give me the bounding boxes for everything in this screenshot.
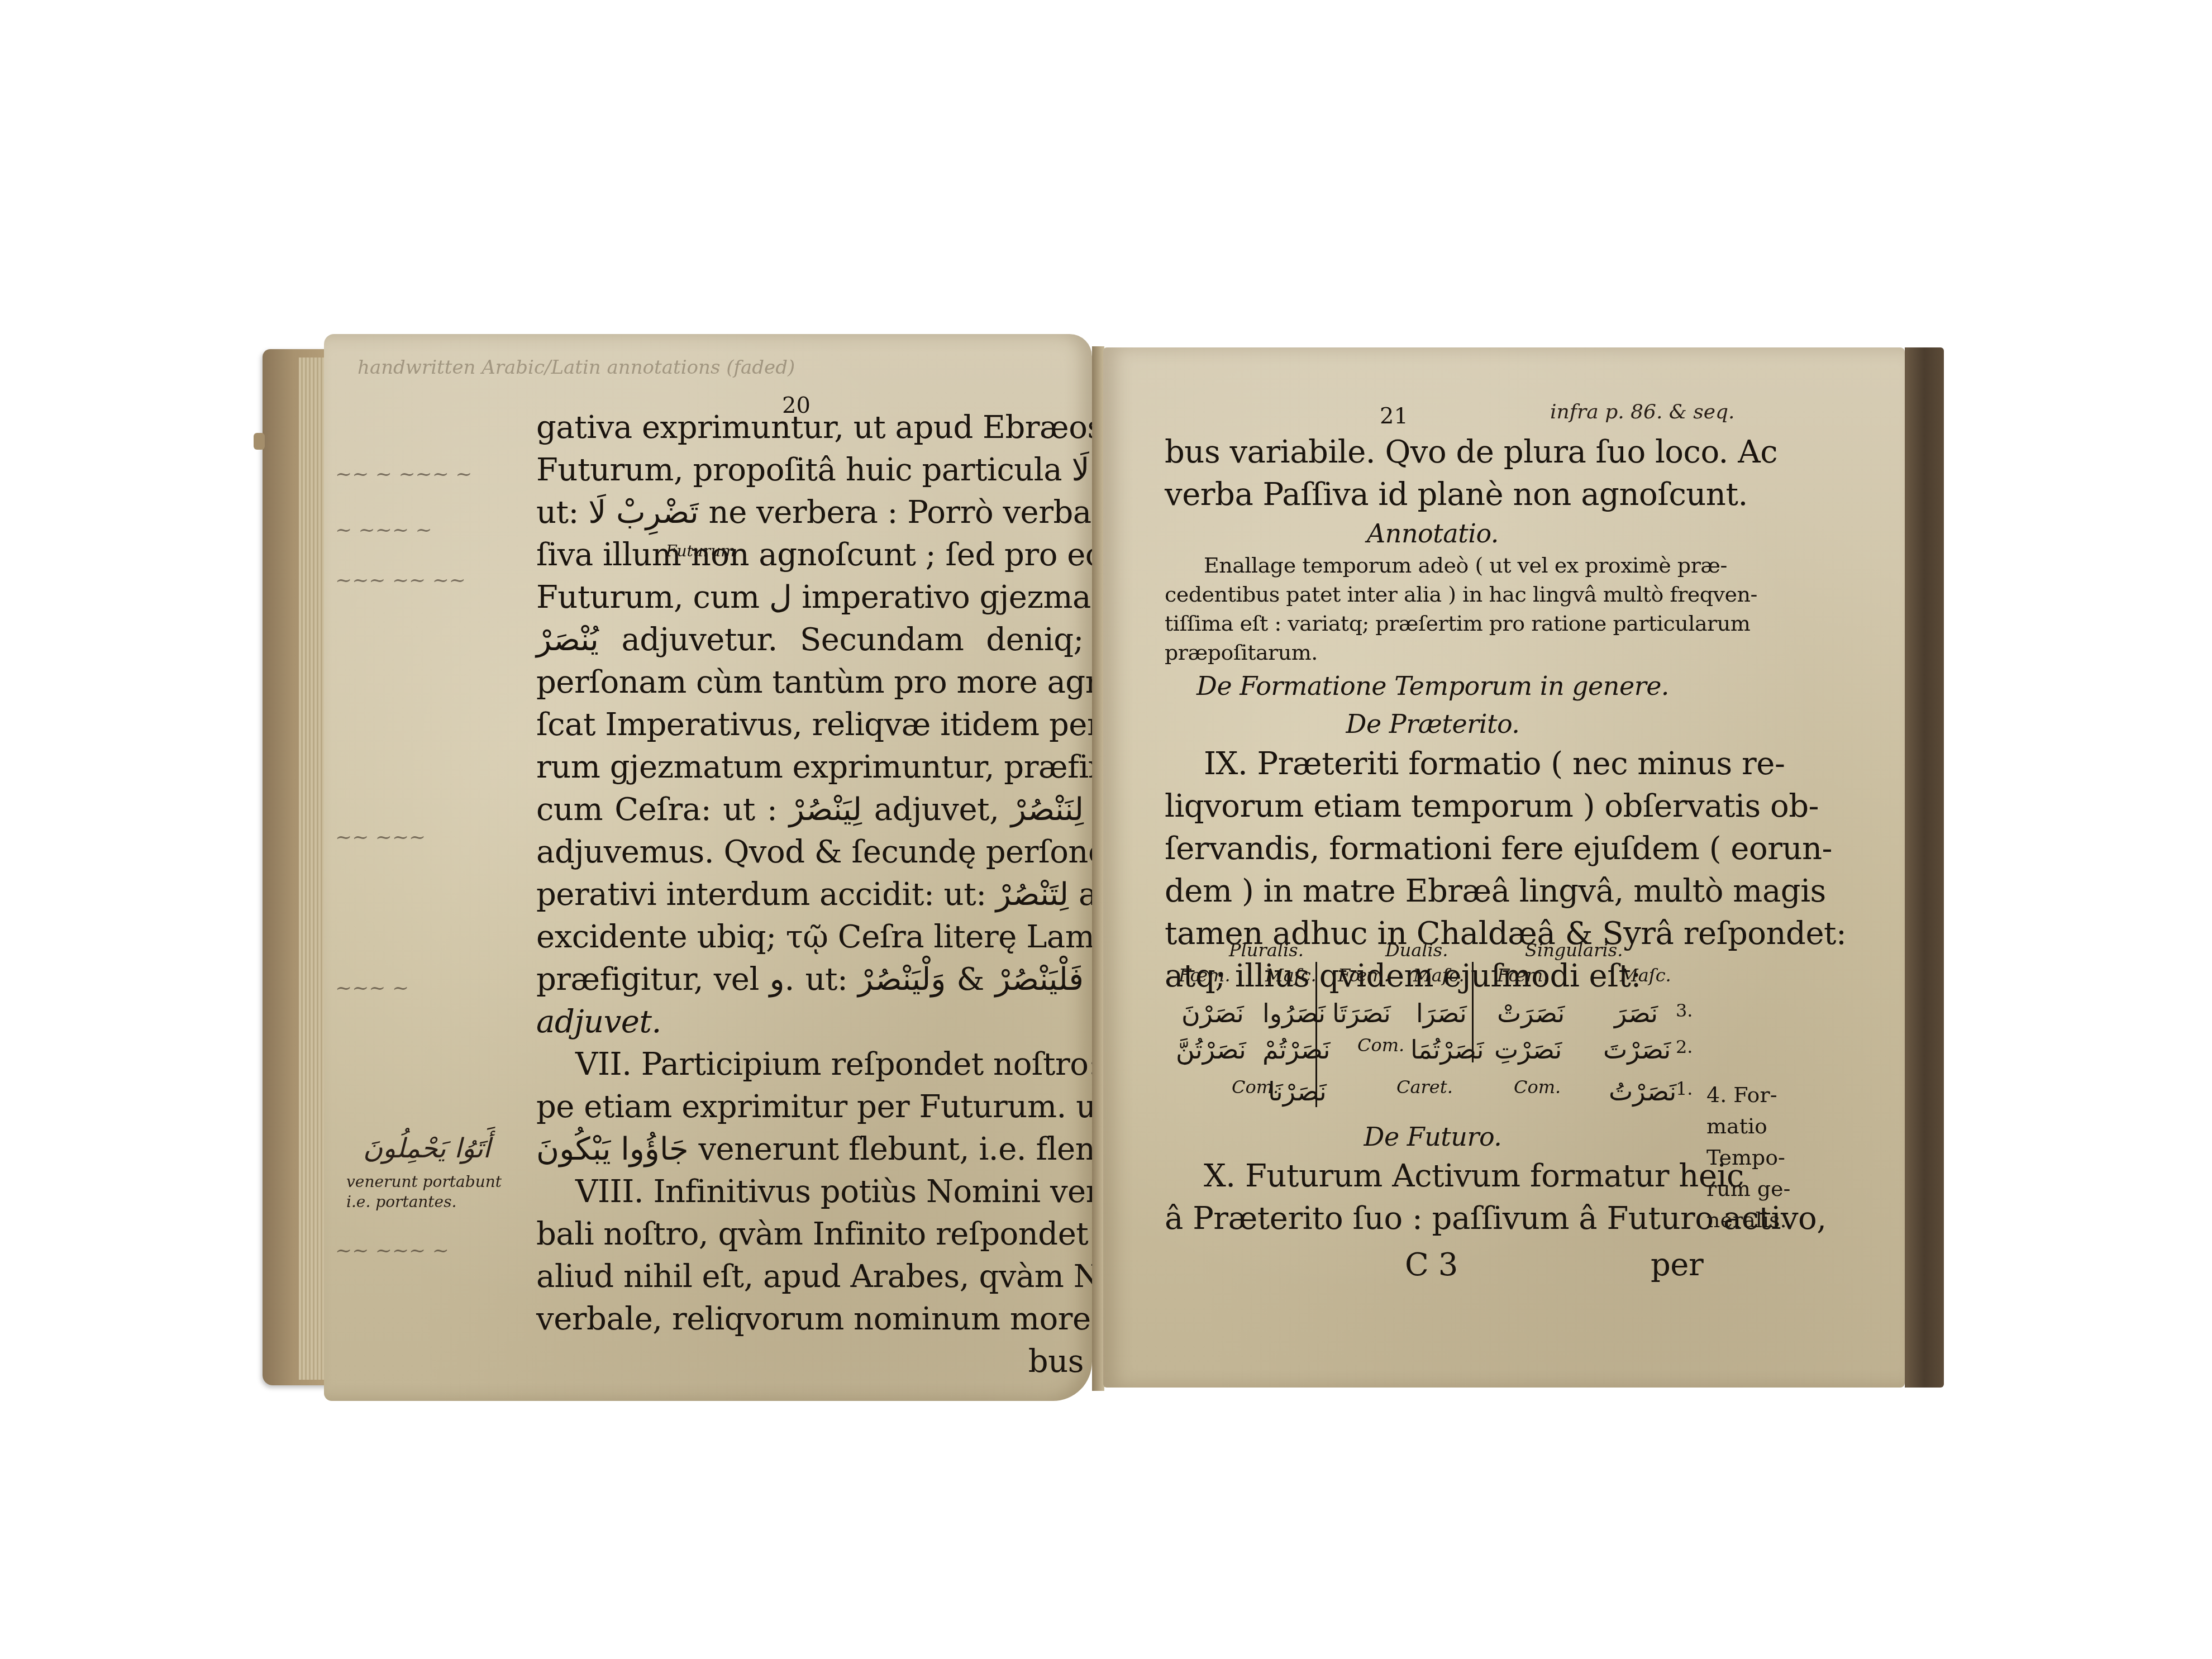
margin-scribble: ~~~ ~ bbox=[335, 976, 409, 999]
left-body-text: gativa exprimuntur, ut apud Ebræos, per … bbox=[536, 407, 1084, 1383]
text-line: liqvorum etiam temporum ) obſervatis ob- bbox=[1165, 785, 1701, 828]
text-line: ſiva illum non agnoſcunt ; ſed pro eo ve… bbox=[536, 534, 1084, 576]
text-line: rum gjezmatum exprimuntur, præfixo ل bbox=[536, 746, 1084, 789]
heading-annotatio: Annotatio. bbox=[1165, 516, 1701, 551]
margin-scribble: ~ ~~~ ~ bbox=[335, 518, 432, 541]
person-number: 2. bbox=[1676, 1036, 1693, 1057]
heading-futuro: De Futuro. bbox=[1165, 1118, 1701, 1155]
text-line: جَاؤُوا يَبْكُونَ venerunt flebunt, i.e.… bbox=[536, 1128, 1084, 1171]
text-line: verbale, reliqvorum nominum more caſi- bbox=[536, 1298, 1084, 1341]
text-line: VIII. Infinitivus potiùs Nomini ver- bbox=[536, 1171, 1084, 1213]
margin-note-arabic: أَتَوُا يَحْمِلُونَ bbox=[363, 1133, 490, 1164]
gender-header: Maſc. bbox=[1620, 965, 1671, 986]
text-line: ut: تَضْرِبْ لَا ne verbera : Porrò verb… bbox=[536, 492, 1084, 534]
common-label: Com. bbox=[1514, 1076, 1561, 1098]
text-line: Futurum, propoſitâ huic particula لَا ne… bbox=[536, 449, 1084, 492]
signature-mark: C 3 bbox=[1405, 1244, 1458, 1286]
form-1sg: نَصَرْتُ bbox=[1609, 1076, 1676, 1107]
group-header-pluralis: Pluralis. bbox=[1229, 940, 1304, 961]
text-line: excidente ubiq; τῷ Ceſra literę Lam cùm bbox=[536, 916, 1084, 959]
text-line: يُنْصَرْ adjuvetur. Secundam deniq; bbox=[536, 619, 1084, 661]
gender-header: Fœm. bbox=[1338, 965, 1390, 986]
text-line: verba Paſſiva id planè non agnoſcunt. bbox=[1165, 474, 1701, 516]
page-number-right: 21 bbox=[1380, 403, 1408, 429]
sidenote-line: matio bbox=[1706, 1110, 1790, 1142]
gender-header: Fœm. bbox=[1497, 965, 1549, 986]
form-2sg-f: نَصَرْتِ bbox=[1494, 1035, 1562, 1065]
text-line: perſonam cùm tantùm pro more agno- bbox=[536, 661, 1084, 704]
text-line: gativa exprimuntur, ut apud Ebræos, per bbox=[536, 407, 1084, 449]
heading-formatione: De Formatione Temporum in genere. bbox=[1165, 667, 1701, 705]
group-header-singularis: Singularis. bbox=[1525, 940, 1623, 961]
text-line: aliud nihil eſt, apud Arabes, qvàm Nomen bbox=[536, 1256, 1084, 1298]
form-3sg-f: نَصَرَتْ bbox=[1497, 998, 1565, 1028]
text-line: adjuvemus. Qvod & ſecundę perſonę Im- bbox=[536, 831, 1084, 874]
form-3pl-f: نَصَرْنَ bbox=[1181, 998, 1244, 1028]
form-3du-m: نَصَرَا bbox=[1416, 998, 1467, 1028]
annotation-line: tiſſima eſt : variatq; præſertim pro rat… bbox=[1165, 609, 1701, 638]
handwritten-reference: infra p. 86. & seq. bbox=[1550, 401, 1735, 423]
text-line: IX. Præteriti formatio ( nec minus re- bbox=[1165, 743, 1701, 785]
text-line: cum Ceſra: ut : لِيَنْصُرْ adjuvet, لِنَ… bbox=[536, 789, 1084, 831]
heading-praeterito: De Præterito. bbox=[1165, 705, 1701, 743]
person-number: 3. bbox=[1676, 1000, 1693, 1021]
text-line: bus variabile. Qvo de plura ſuo loco. Ac bbox=[1165, 431, 1701, 474]
annotation-line: Enallage temporum adeò ( ut vel ex proxi… bbox=[1165, 551, 1701, 580]
margin-scribble: ~~~ ~~ ~~ bbox=[335, 569, 466, 592]
form-1pl: نَصَرْنَا bbox=[1268, 1076, 1327, 1107]
text-line: pe etiam exprimitur per Futurum. ut: bbox=[536, 1086, 1084, 1128]
form-3du-f: نَصَرَتَا bbox=[1332, 998, 1391, 1028]
gender-header: Fœm. bbox=[1179, 965, 1231, 986]
annotation-line: præpoſitarum. bbox=[1165, 638, 1701, 667]
form-3pl-m: نَصَرُوا bbox=[1262, 998, 1326, 1028]
top-marginalia: handwritten Arabic/Latin annotations (fa… bbox=[357, 356, 795, 379]
text-line: â Præterito ſuo : paſſivum â Futuro acti… bbox=[1165, 1198, 1701, 1240]
left-page: handwritten Arabic/Latin annotations (fa… bbox=[324, 334, 1092, 1401]
margin-scribble: ~~ ~~~ bbox=[335, 826, 426, 848]
person-number: 1. bbox=[1676, 1078, 1693, 1099]
gender-header: Maſc. bbox=[1265, 965, 1317, 986]
gender-header: Maſc. bbox=[1413, 965, 1465, 986]
margin-scribble: ~~ ~ ~~~ ~ bbox=[335, 463, 472, 485]
catchword-right: per bbox=[1651, 1244, 1703, 1286]
caret-label: Caret. bbox=[1396, 1076, 1453, 1098]
group-header-dualis: Dualis. bbox=[1385, 940, 1448, 961]
cover-tab bbox=[254, 433, 265, 450]
sidenote-line: 4. For- bbox=[1706, 1079, 1790, 1110]
right-body-text: bus variabile. Qvo de plura ſuo loco. Ac… bbox=[1165, 431, 1701, 998]
margin-note-latin: venerunt portabunt i.e. portantes. bbox=[346, 1172, 525, 1212]
text-line: ſervandis, formationi fere ejuſdem ( eor… bbox=[1165, 828, 1701, 870]
text-line: dem ) in matre Ebræâ lingvâ, multò magis bbox=[1165, 870, 1701, 913]
form-3sg-m: نَصَرَ bbox=[1614, 998, 1658, 1028]
text-line: adjuvet. bbox=[536, 1001, 1084, 1043]
form-2pl-f: نَصَرْتُنَّ bbox=[1176, 1035, 1246, 1065]
book-gutter bbox=[1092, 346, 1104, 1391]
form-2sg-m: نَصَرْتَ bbox=[1603, 1035, 1671, 1065]
right-body-text-lower: De Futuro. X. Futurum Activum formatur h… bbox=[1165, 1118, 1701, 1240]
conjugation-table: Pluralis. Dualis. Singularis. Fœm. Maſc.… bbox=[1167, 940, 1704, 1107]
annotation-line: cedentibus patet inter alia ) in hac lin… bbox=[1165, 580, 1701, 609]
text-line: bali noſtro, qvàm Infinito reſpondet : i… bbox=[536, 1213, 1084, 1256]
form-2pl-m: نَصَرْتُمْ bbox=[1262, 1035, 1331, 1065]
text-line: præfigitur, vel و. ut: فَلْيَنْصُرْ & وَ… bbox=[536, 959, 1084, 1001]
common-label: Com. bbox=[1357, 1035, 1404, 1056]
text-line: Futurum, cum ل imperativo gjezmante. ut: bbox=[536, 576, 1084, 619]
right-page: 21 infra p. 86. & seq. bus variabile. Qv… bbox=[1103, 347, 1905, 1388]
form-2du: نَصَرْتُمَا bbox=[1410, 1035, 1484, 1065]
catchword-left: bus bbox=[536, 1341, 1084, 1383]
text-line: perativi interdum accidit: ut: لِتَنْصُر… bbox=[536, 874, 1084, 916]
text-line: ſcat Imperativus, reliqvæ itidem per Fut… bbox=[536, 704, 1084, 746]
book-cover-right bbox=[1905, 347, 1944, 1388]
margin-scribble: ~~ ~~~ ~ bbox=[335, 1239, 449, 1262]
text-line: X. Futurum Activum formatur heic bbox=[1165, 1155, 1701, 1198]
text-line: VII. Participium reſpondet noſtro: ſę- bbox=[536, 1043, 1084, 1086]
